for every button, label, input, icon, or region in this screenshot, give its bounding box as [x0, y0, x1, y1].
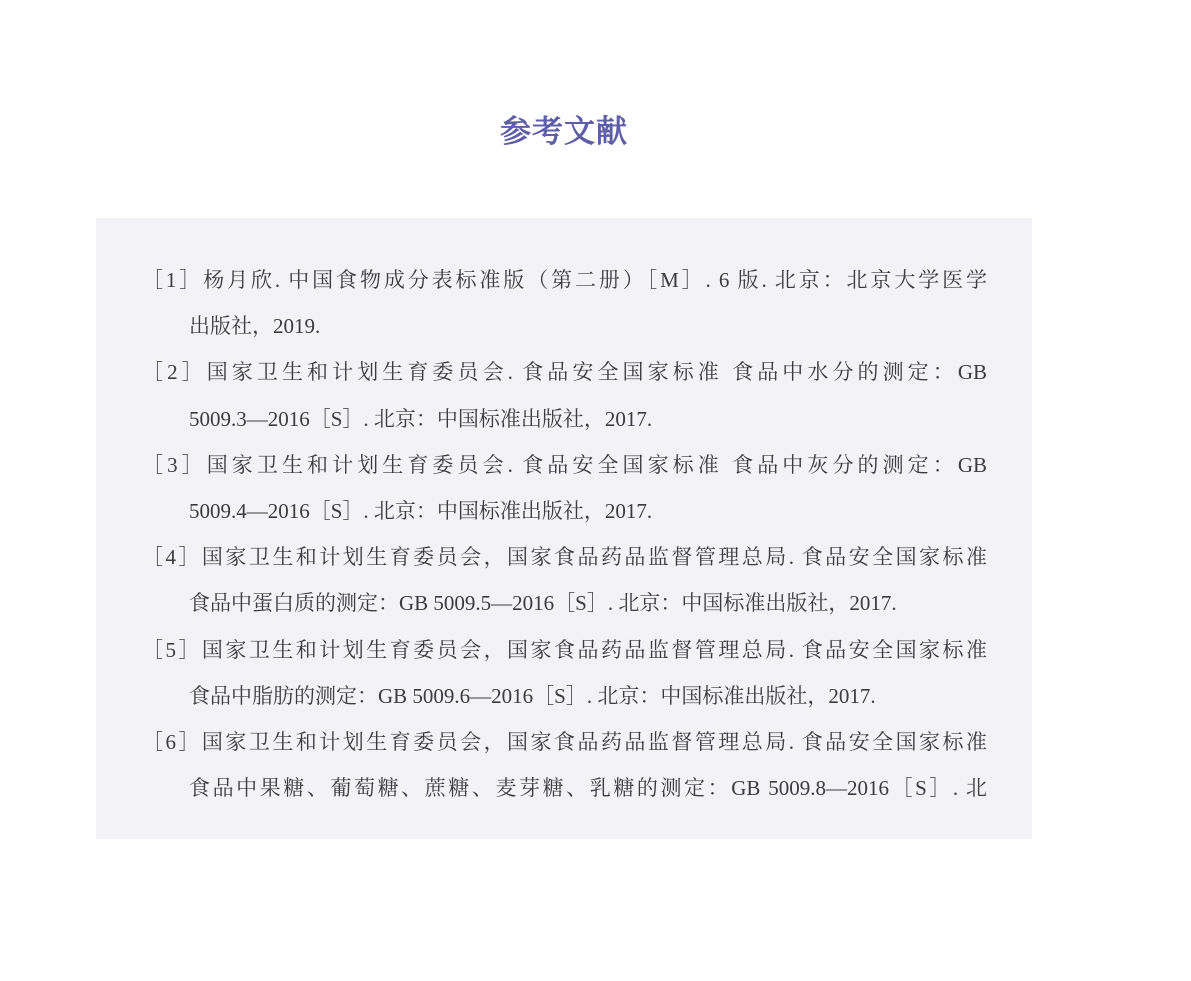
reference-number: ［5］	[142, 638, 202, 662]
reference-number: ［3］	[142, 453, 207, 477]
reference-number: ［2］	[142, 360, 207, 384]
reference-entry-line: ［4］国家卫生和计划生育委员会，国家食品药品监督管理总局. 食品安全国家标准	[142, 534, 987, 580]
reference-list: ［1］杨月欣. 中国食物成分表标准版（第二册）［M］. 6 版. 北京：北京大学…	[142, 257, 987, 811]
references-panel: ［1］杨月欣. 中国食物成分表标准版（第二册）［M］. 6 版. 北京：北京大学…	[96, 218, 1032, 839]
reference-number: ［6］	[142, 730, 202, 754]
page-title: 参考文献	[96, 0, 1032, 147]
reference-continuation-line: 食品中果糖、葡萄糖、蔗糖、麦芽糖、乳糖的测定：GB 5009.8—2016［S］…	[189, 765, 987, 811]
reference-entry-line: ［6］国家卫生和计划生育委员会，国家食品药品监督管理总局. 食品安全国家标准	[142, 719, 987, 765]
reference-continuation-line: 出版社，2019.	[189, 303, 987, 349]
reference-entry-line: ［2］国家卫生和计划生育委员会. 食品安全国家标准 食品中水分的测定：GB	[142, 349, 987, 395]
reference-continuation-line: 5009.3—2016［S］. 北京：中国标准出版社，2017.	[189, 396, 987, 442]
reference-continuation-line: 食品中脂肪的测定：GB 5009.6—2016［S］. 北京：中国标准出版社，2…	[189, 673, 987, 719]
reference-text: 国家卫生和计划生育委员会，国家食品药品监督管理总局. 食品安全国家标准	[202, 545, 987, 569]
reference-entry-line: ［3］国家卫生和计划生育委员会. 食品安全国家标准 食品中灰分的测定：GB	[142, 442, 987, 488]
reference-text: 国家卫生和计划生育委员会，国家食品药品监督管理总局. 食品安全国家标准	[202, 638, 987, 662]
reference-entry-line: ［1］杨月欣. 中国食物成分表标准版（第二册）［M］. 6 版. 北京：北京大学…	[142, 257, 987, 303]
reference-text: 国家卫生和计划生育委员会. 食品安全国家标准 食品中水分的测定：GB	[207, 360, 987, 384]
reference-number: ［4］	[142, 545, 202, 569]
reference-number: ［1］	[142, 268, 203, 292]
document-column: 参考文献 ［1］杨月欣. 中国食物成分表标准版（第二册）［M］. 6 版. 北京…	[96, 0, 1032, 839]
reference-continuation-line: 5009.4—2016［S］. 北京：中国标准出版社，2017.	[189, 488, 987, 534]
reference-text: 杨月欣. 中国食物成分表标准版（第二册）［M］. 6 版. 北京：北京大学医学	[203, 268, 987, 292]
reference-text: 国家卫生和计划生育委员会. 食品安全国家标准 食品中灰分的测定：GB	[207, 453, 987, 477]
reference-text: 国家卫生和计划生育委员会，国家食品药品监督管理总局. 食品安全国家标准	[202, 730, 987, 754]
reference-entry-line: ［5］国家卫生和计划生育委员会，国家食品药品监督管理总局. 食品安全国家标准	[142, 627, 987, 673]
reference-continuation-line: 食品中蛋白质的测定：GB 5009.5—2016［S］. 北京：中国标准出版社，…	[189, 580, 987, 626]
